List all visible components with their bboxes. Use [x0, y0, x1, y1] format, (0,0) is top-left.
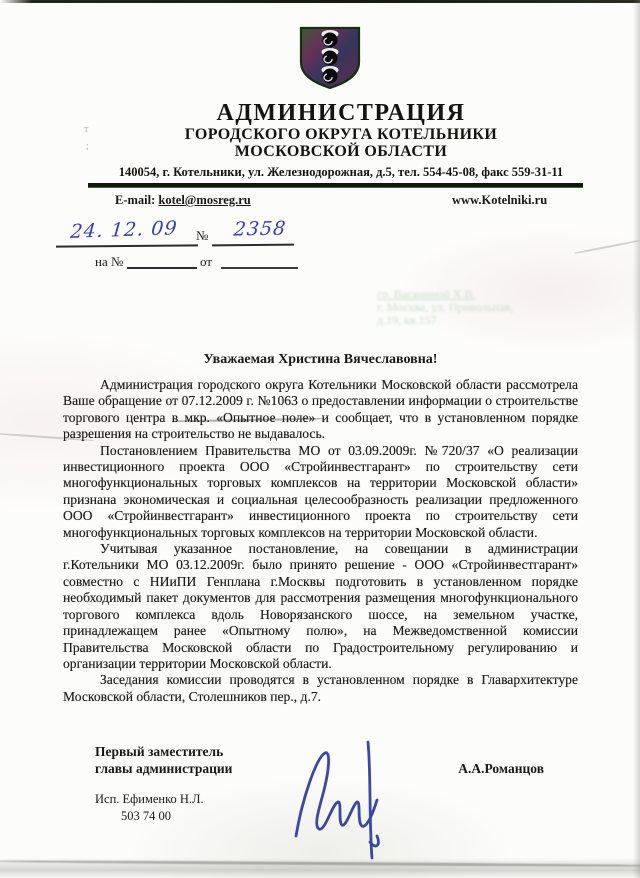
scan-top-edge — [0, 0, 640, 3]
signer-name: А.А.Романцов — [458, 761, 544, 777]
email-line: E-mail: kotel@mosreg.ru — [115, 193, 251, 208]
scan-crease — [574, 240, 639, 254]
date-underline — [56, 244, 198, 247]
paragraph: Учитывая указанное постановление, на сов… — [63, 541, 578, 672]
letter-body: Администрация городского округа Котельни… — [63, 377, 578, 705]
scan-right-shadow — [633, 0, 640, 878]
addressee-building: д.19, кв.157 — [377, 314, 582, 327]
number-sign: № — [196, 228, 208, 244]
org-name-line1: АДМИНИСТРАЦИЯ — [85, 100, 597, 127]
org-name-line3: МОСКОВСКОЙ ОБЛАСТИ — [85, 143, 597, 161]
reply-date-underline — [221, 267, 298, 269]
salutation: Уважаемая Христина Вячеславовна! — [63, 352, 578, 368]
executor-phone: 503 74 00 — [121, 809, 171, 824]
addressee-block-faint: гр. Васяниной Х.В. г. Москва, ул. Привол… — [377, 288, 582, 327]
scanned-letter-page: т ; — [0, 0, 640, 878]
reply-number-underline — [127, 267, 197, 269]
letterhead-rule — [88, 183, 583, 188]
coat-of-arms-icon — [297, 26, 363, 90]
website-text: www.Kotelniki.ru — [452, 193, 547, 208]
handwritten-signature-icon — [282, 738, 397, 868]
paragraph: Администрация городского округа Котельни… — [63, 377, 578, 443]
org-name-line2: ГОРОДСКОГО ОКРУГА КОТЕЛЬНИКИ — [85, 126, 597, 144]
number-underline — [212, 244, 294, 246]
email-label: E-mail: — [115, 193, 158, 207]
executor-name: Исп. Ефименко Н.Л. — [95, 792, 204, 807]
paragraph: Заседания комиссии проводятся в установл… — [63, 672, 578, 705]
handwritten-date: 24. 12. 09 — [57, 217, 191, 244]
signer-title-line1: Первый заместитель — [95, 744, 223, 760]
email-address: kotel@mosreg.ru — [158, 193, 250, 207]
signer-title-line2: главы администрации — [95, 761, 232, 777]
reply-from-label: от — [200, 254, 212, 270]
handwritten-outgoing-number: 2358 — [227, 217, 293, 240]
paragraph: Постановлением Правительства МО от 03.09… — [63, 443, 578, 541]
reply-number-label: на № — [95, 254, 123, 270]
org-address-line: 140054, г. Котельники, ул. Железнодорожн… — [85, 165, 597, 180]
